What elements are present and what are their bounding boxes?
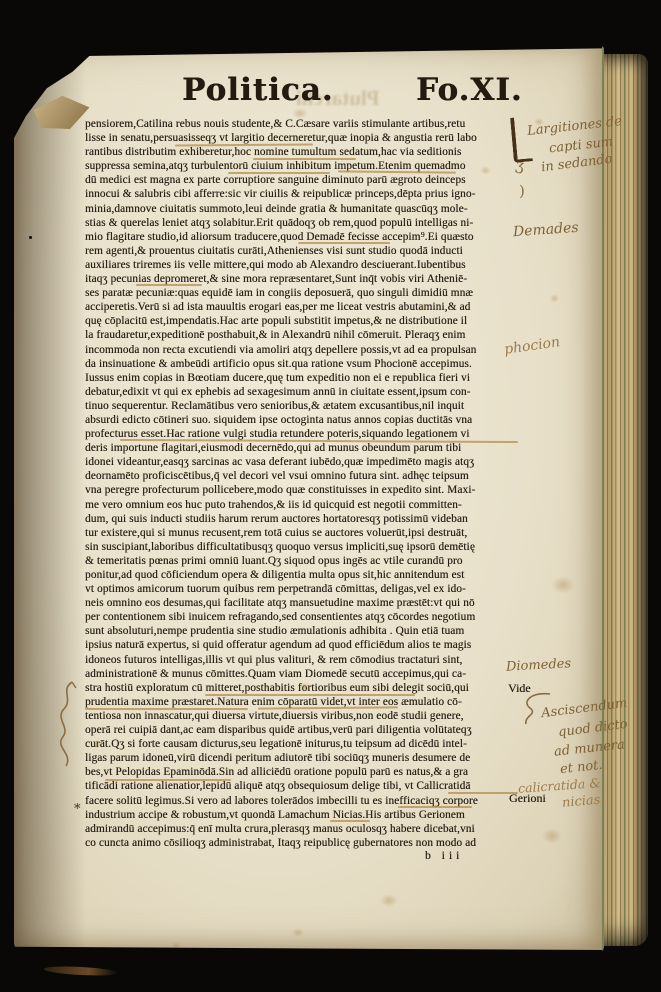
text-line: ipsius naturā expertus, si quid offeratu… — [85, 638, 527, 652]
wormhole — [5, 366, 9, 370]
text-line: vna peregre profecturum pollicebere,modo… — [85, 483, 527, 497]
text-line: dum, qui suis inducti studiis harum reru… — [85, 512, 527, 526]
foxing-stain — [292, 108, 308, 119]
ink-underline-mark — [205, 694, 415, 696]
ink-underline-mark — [398, 806, 472, 808]
foxing-stain — [292, 928, 304, 937]
text-line: ses paratæ pecuniæ:quas equidē iam in co… — [85, 286, 527, 300]
text-line: stias & querelas leniet atqʒ solabitur.E… — [85, 216, 527, 230]
printed-sidenote-gerion: Gerioni — [509, 791, 546, 806]
book-page: Plutarchi Politica. Fo.XI. pensiorem,Cat… — [14, 46, 604, 952]
foxing-stain — [550, 294, 559, 303]
signature-mark: b iii — [425, 850, 463, 862]
ink-underline-mark — [136, 284, 202, 286]
foxing-stain — [92, 740, 102, 748]
text-line: debatur,edixit vt qui ex ephebis ad sexa… — [85, 385, 527, 399]
text-line: & temeritatis pœnas primi omniū luant.Qʒ… — [85, 554, 527, 568]
ink-underline-mark — [85, 708, 248, 710]
book-photo: Plutarchi Politica. Fo.XI. pensiorem,Cat… — [0, 0, 661, 992]
ink-underline-mark — [448, 792, 518, 794]
wormhole — [29, 236, 32, 239]
text-line: minia,damnove ciuitatis summoto,leui dei… — [85, 202, 527, 216]
text-line: tentiosa non innascatur,qui diuersa virt… — [85, 709, 527, 723]
page-stack-edges — [598, 54, 648, 946]
foxing-stain — [418, 304, 427, 311]
ink-smudge — [44, 965, 118, 977]
text-line: pensiorem,Catilina rebus nouis studente,… — [85, 117, 527, 131]
body-text: pensiorem,Catilina rebus nouis studente,… — [85, 117, 527, 850]
text-line: incommoda non recta excutiendi via amoli… — [85, 343, 527, 357]
text-line: administrationē & munus cōmittes.Quam vi… — [85, 667, 527, 681]
text-line: absurdi edicto cōtineri suo. siquidem ip… — [85, 413, 527, 427]
text-line: per contentionem sibi inuicem refragando… — [85, 610, 527, 624]
text-line: sunt absoluturi,nempe prudentia sine stu… — [85, 624, 527, 638]
text-line: dū medici est magna ex parte corruptiore… — [85, 173, 527, 187]
foxing-stain — [551, 576, 575, 594]
text-line: neis omnino eos desumas,qui facilitate a… — [85, 596, 527, 610]
text-line: admirandū accepimus:q̄ enī multa crura,p… — [85, 822, 527, 836]
text-line: Iussus enim copias in Bœotiam ducere,quę… — [85, 371, 527, 385]
text-line: deris importune flagitari,eiusmodi decer… — [85, 441, 527, 455]
running-title: Politica. — [182, 72, 334, 108]
foxing-stain — [542, 828, 562, 844]
ink-underline-mark — [298, 242, 390, 244]
text-line: acciperetis.Verū si ad ista mauultis ero… — [85, 300, 527, 314]
margin-brace-flourish — [56, 680, 78, 768]
text-line: innocui & salubris cibi afferre:sic vir … — [85, 187, 527, 201]
text-line: me vero omnium eos huc puto trahendos,& … — [85, 498, 527, 512]
text-line: la fraudaretur,expeditionē posthabuit,& … — [85, 328, 527, 342]
text-line: industrium accipe & robustum,vt quondā L… — [85, 808, 527, 822]
foxing-stain — [380, 894, 398, 907]
folio-number: Fo.XI. — [416, 72, 523, 108]
text-line: rem agenti,& prouentus ciuitatis curāti,… — [85, 244, 527, 258]
ink-underline-mark — [105, 779, 231, 781]
text-line: ponitur,ad quod cōficiendum opera & dili… — [85, 568, 527, 582]
ink-underline-mark — [330, 820, 370, 822]
text-line: idoneos futuros intelligas,illis vt qui … — [85, 653, 527, 667]
asterisk-mark: * — [74, 802, 81, 817]
text-line: curāt.Qʒ si forte causam dicturus,seu le… — [85, 737, 527, 751]
wormhole — [9, 250, 14, 254]
text-line: operā rei cuipiā dant,ac eam disparibus … — [85, 723, 527, 737]
text-line: idonei videantur,easqʒ sarcinas ac vasa … — [85, 455, 527, 469]
text-line: tur existere,qui si munus recusent,rem t… — [85, 526, 527, 540]
ink-underline-mark — [228, 172, 330, 174]
text-line: vt optimos amicorum tuorum quibus rem pe… — [85, 582, 527, 596]
foxing-stain — [298, 682, 311, 692]
text-line: quę cōplacitū est,impendatis.Hac arte po… — [85, 314, 527, 328]
margin-curl-mark: ) — [519, 182, 525, 200]
text-line: tinuo sequerentur. Reclamātibus vero sen… — [85, 399, 527, 413]
text-line: sin suscipiant,laboribus difficultatibus… — [85, 540, 527, 554]
text-line: co cuncta animo cōsilioqʒ administrabat,… — [85, 836, 527, 850]
text-line: ligas parum idoneū,virū dicendi peritum … — [85, 751, 527, 765]
foxing-stain — [480, 166, 491, 175]
text-line: da insinuatione & ambeūdi artificio opus… — [85, 357, 527, 371]
ink-underline-mark — [253, 158, 356, 160]
text-line: auxiliares triremes iis velle mittere,qu… — [85, 258, 527, 272]
text-line: deornamēto proficiscētibus,q̄ vel decori… — [85, 469, 527, 483]
text-line: bes,vt Pelopidas Epaminōdā.Sin ad allici… — [85, 765, 527, 779]
